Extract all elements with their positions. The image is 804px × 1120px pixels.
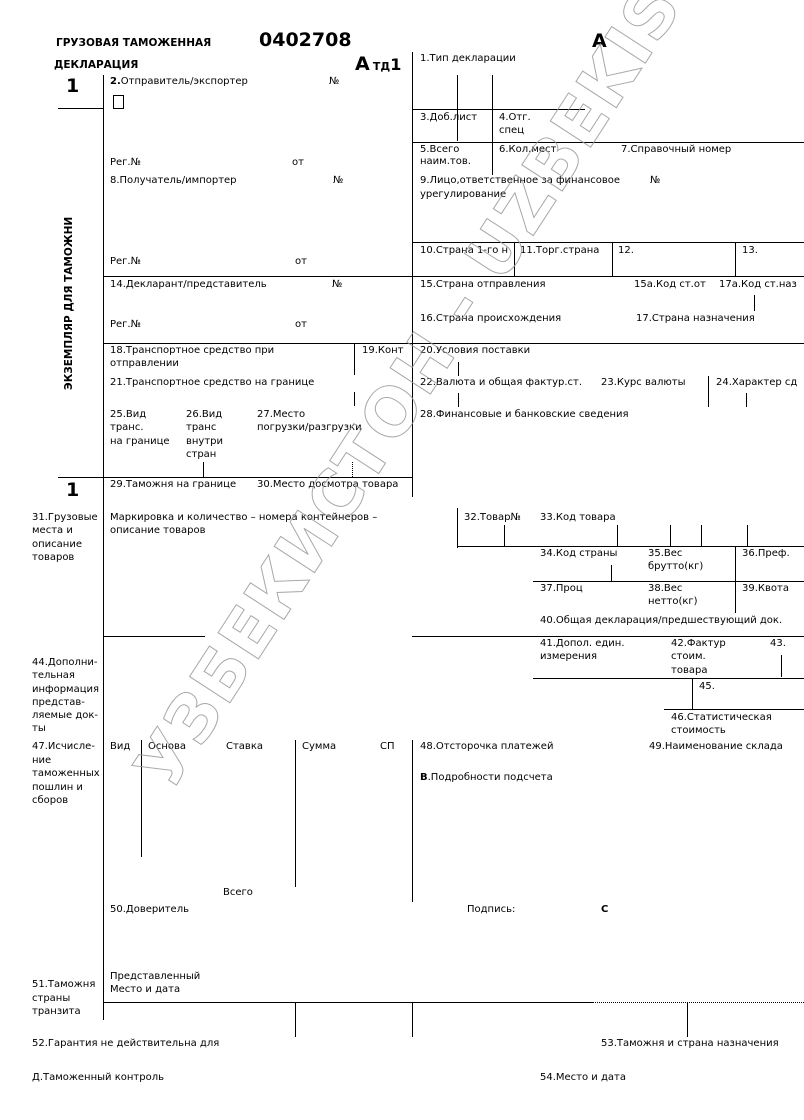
field-14-no: № [332, 279, 342, 291]
form-title-line1: ГРУЗОВАЯ ТАМОЖЕННАЯ [56, 37, 211, 49]
field-35-l1: 35.Вес [648, 548, 682, 560]
copy-number-top: 1 [66, 75, 79, 97]
field-31-l2: места и [32, 525, 73, 537]
field-4-label-l1: 4.Отг. [499, 112, 531, 124]
rule [617, 525, 618, 546]
field-26-l2: транс [186, 422, 216, 434]
field-c-label: С [601, 904, 608, 916]
rule [746, 393, 747, 407]
field-51-l1: 51.Таможня [32, 979, 95, 991]
field-31-desc-l2: описание товаров [110, 525, 205, 537]
field-15a-label: 15а.Код ст.от [634, 279, 706, 291]
field-23-label: 23.Курс валюты [601, 377, 686, 389]
rule [103, 1002, 593, 1003]
rule-dotted [593, 1002, 804, 1003]
field-46-l2: стоимость [671, 725, 726, 737]
field-41-l2: измерения [540, 651, 597, 663]
rule [457, 546, 804, 547]
field-13-label: 13. [742, 245, 758, 257]
rule [735, 546, 736, 613]
field-14-label: 14.Декларант/представитель [110, 279, 267, 291]
field-36-label: 36.Преф. [742, 548, 790, 560]
field-47-l4: пошлин и [32, 782, 83, 794]
middle-border-bottom [412, 1002, 413, 1037]
field-b-label: В.Подробности подсчета [420, 772, 553, 784]
form-code-letter: А [355, 53, 370, 75]
field-2-num: 2. [110, 76, 121, 87]
field-54-label: 54.Место и дата [540, 1072, 626, 1084]
field-48-label: 48.Отсторочка платежей [420, 741, 553, 753]
field-d-label: Д.Таможенный контроль [32, 1072, 164, 1084]
field-35-l2: брутто(кг) [648, 561, 703, 573]
field-2-ot: от [292, 157, 304, 169]
rule [611, 565, 612, 581]
field-14-reg: Рег.№ [110, 319, 141, 331]
rule [664, 709, 804, 710]
field-53-label: 53.Таможня и страна назначения [601, 1038, 779, 1050]
rule [701, 525, 702, 546]
form-number: 0402708 [259, 29, 352, 51]
form-title-line2: ДЕКЛАРАЦИЯ [54, 59, 138, 71]
field-46-l1: 46.Статистическая [671, 712, 772, 724]
field-31-l4: товаров [32, 552, 74, 564]
field-7-label: 7.Справочный номер [621, 144, 731, 156]
field-26-l1: 26.Вид [186, 409, 222, 421]
field-33-label: 33.Код товара [540, 512, 616, 524]
field-26-l3: внутри [186, 436, 223, 448]
field-40-label: 40.Общая декларация/предшествующий док. [540, 615, 782, 627]
col-sp: СП [380, 741, 395, 753]
field-26-l4: стран [186, 449, 216, 461]
field-39-label: 39.Квота [742, 583, 789, 595]
field-8-label: 8.Получатель/импортер [110, 175, 237, 187]
field-25-l3: на границе [110, 436, 170, 448]
rule [708, 376, 709, 407]
rule [103, 276, 413, 277]
field-1-label: 1.Тип декларации [420, 53, 516, 65]
form-code-text: ТД [373, 60, 390, 73]
field-50-label: 50.Доверитель [110, 904, 189, 916]
field-47-l2: ние [32, 755, 51, 767]
presented-l1: Представленный [110, 971, 200, 983]
field-9-no: № [650, 175, 660, 187]
field-51-l3: транзита [32, 1006, 81, 1018]
field-38-l1: 38.Вес [648, 583, 682, 595]
field-8-ot: от [295, 256, 307, 268]
signature-label: Подпись: [467, 904, 515, 916]
field-b-letter: В [420, 772, 428, 783]
field-42-l1: 42.Фактур [671, 638, 726, 650]
field-41-l1: 41.Допол. един. [540, 638, 625, 650]
field-44-l1: 44.Дополни- [32, 657, 98, 669]
field-45-label: 45. [699, 681, 715, 693]
rule [735, 242, 736, 276]
rule [754, 295, 755, 311]
field-2-no: № [329, 76, 339, 88]
field-32-label: 32.Товар№ [464, 512, 521, 524]
rule [781, 655, 782, 677]
field-17a-label: 17а.Код ст.наз [719, 279, 797, 291]
field-47-l1: 47.Исчисле- [32, 741, 95, 753]
rule [504, 525, 505, 546]
field-44-l6: ты [32, 723, 46, 735]
rule [612, 242, 613, 276]
field-31-l1: 31.Грузовые [32, 512, 98, 524]
field-12-label: 12. [618, 245, 634, 257]
field-5-label-l2: наим.тов. [420, 156, 471, 168]
field-2-reg: Рег.№ [110, 157, 141, 169]
field-44-l4: представ- [32, 697, 85, 709]
field-44-l5: ляемые док- [32, 710, 98, 722]
rule [670, 525, 671, 546]
field-47-l5: сборов [32, 795, 68, 807]
rule [103, 636, 205, 637]
field-25-l2: транс. [110, 422, 144, 434]
rule [533, 678, 804, 679]
field-21-label: 21.Транспортное средство на границе [110, 377, 314, 389]
field-42-l3: товара [671, 665, 707, 677]
field-29-label: 29.Таможня на границе [110, 479, 236, 491]
field-18-label-l1: 18.Транспортное средство при [110, 345, 274, 357]
rule [354, 343, 355, 375]
form-code-num: 1 [390, 55, 401, 74]
field-43-label: 43. [770, 638, 786, 650]
rule [492, 75, 493, 175]
field-34-label: 34.Код страны [540, 548, 617, 560]
field-24-label: 24.Характер сд [716, 377, 797, 389]
rule [412, 636, 804, 637]
rule [687, 1002, 688, 1037]
field-31-l3: описание [32, 539, 82, 551]
field-44-l2: тельная [32, 670, 75, 682]
rule [457, 508, 458, 548]
rule [747, 525, 748, 546]
side-label: ЭКЗЕМПЛЯР ДЛЯ ТАМОЖНИ [63, 217, 75, 390]
field-27-l1: 27.Место [257, 409, 305, 421]
checkbox-field-2[interactable] [113, 95, 124, 109]
presented-l2: Место и дата [110, 984, 180, 996]
field-51-l2: страны [32, 993, 70, 1005]
field-38-l2: нетто(кг) [648, 596, 698, 608]
field-17-label: 17.Страна назначения [636, 313, 755, 325]
rule [203, 462, 204, 477]
rule [458, 393, 459, 407]
field-2-label: 2.Отправитель/экспортер [110, 76, 248, 88]
copy-number-mid: 1 [66, 479, 79, 501]
field-5-label-l1: 5.Всего [420, 144, 459, 156]
rule [533, 581, 804, 582]
field-4-label-l2: спец [499, 125, 524, 137]
left-border [103, 75, 104, 1020]
field-b-text: .Подробности подсчета [428, 772, 553, 783]
field-28-label: 28.Финансовые и банковские сведения [420, 409, 629, 421]
field-8-no: № [333, 175, 343, 187]
field-8-reg: Рег.№ [110, 256, 141, 268]
col-stavka: Ставка [226, 741, 263, 753]
field-14-ot: от [295, 319, 307, 331]
form-code: А ТД1 [355, 53, 401, 76]
rule [457, 75, 458, 141]
field-49-label: 49.Наименование склада [649, 741, 783, 753]
field-44-l3: информация [32, 684, 99, 696]
field-37-label: 37.Проц [540, 583, 583, 595]
field-42-l2: стоим. [671, 651, 706, 663]
field-47-l3: таможенных [32, 768, 100, 780]
field-52-label: 52.Гарантия не действительна для [32, 1038, 219, 1050]
total-label: Всего [223, 887, 253, 899]
field-18-label-l2: отправлении [110, 358, 179, 370]
middle-border-47 [412, 740, 413, 902]
field-2-text: Отправитель/экспортер [121, 76, 248, 87]
col-summa: Сумма [302, 741, 336, 753]
field-3-label: 3.Доб.лист [420, 112, 477, 124]
rule [295, 1002, 296, 1037]
rule [692, 678, 693, 709]
rule [295, 740, 296, 887]
field-25-l1: 25.Вид [110, 409, 146, 421]
rule [58, 108, 104, 109]
